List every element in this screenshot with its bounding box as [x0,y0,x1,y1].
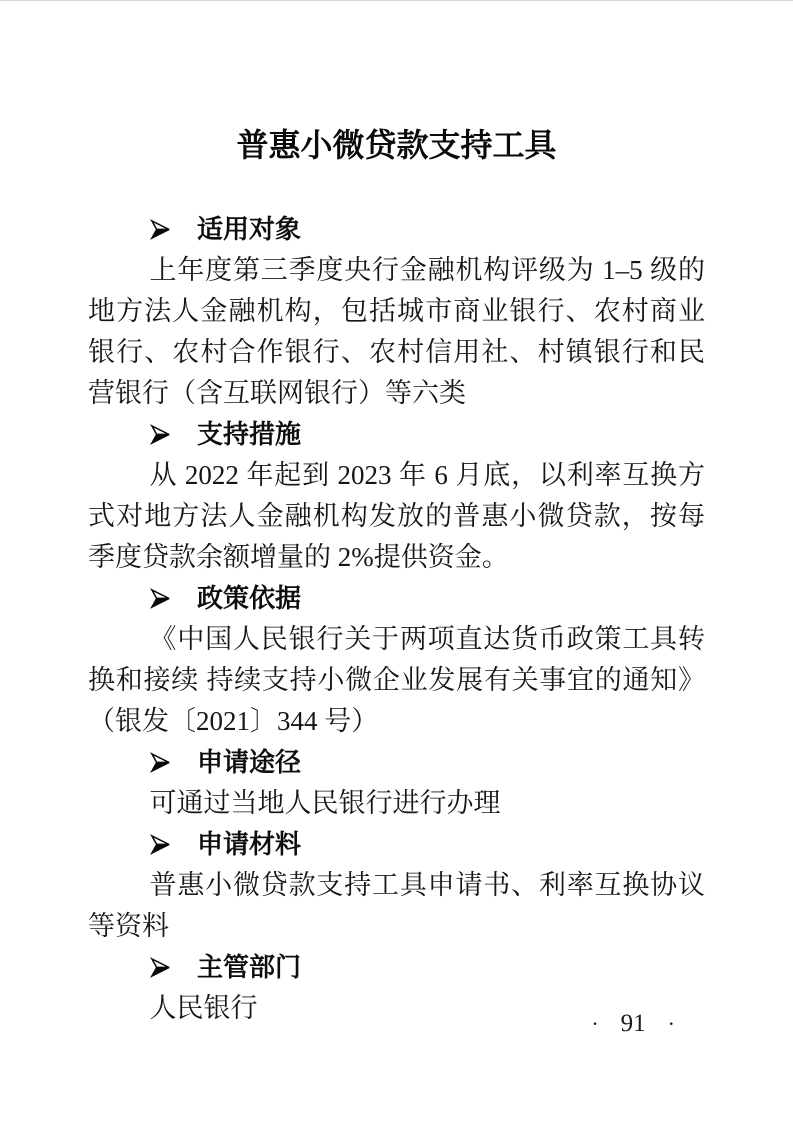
document-section: 申请途径 可通过当地人民银行进行办理 [88,742,705,824]
section-heading: 申请材料 [88,824,705,865]
section-paragraph: 《中国人民银行关于两项直达货币政策工具转换和接续 持续支持小微企业发展有关事宜的… [88,619,705,742]
document-page: 普惠小微贷款支持工具 适用对象 上年度第三季度央行金融机构评级为 1–5 级的地… [0,0,793,1122]
sections: 适用对象 上年度第三季度央行金融机构评级为 1–5 级的地方法人金融机构，包括城… [88,209,705,1029]
section-paragraph: 普惠小微贷款支持工具申请书、利率互换协议等资料 [88,865,705,947]
section-heading-label: 支持措施 [197,414,301,455]
section-heading-label: 适用对象 [197,209,301,250]
section-heading: 申请途径 [88,742,705,783]
page-number-dot-left: · [591,1011,598,1037]
arrow-bullet-icon [150,219,171,240]
section-heading: 支持措施 [88,414,705,455]
section-body: 从 2022 年起到 2023 年 6 月底，以利率互换方式对地方法人金融机构发… [88,455,705,578]
section-heading-label: 主管部门 [197,947,301,988]
section-body: 普惠小微贷款支持工具申请书、利率互换协议等资料 [88,865,705,947]
section-heading-label: 申请材料 [197,824,301,865]
page-number: · 91 · [591,1010,675,1038]
arrow-bullet-icon [150,588,171,609]
section-heading: 政策依据 [88,578,705,619]
section-paragraph: 从 2022 年起到 2023 年 6 月底，以利率互换方式对地方法人金融机构发… [88,455,705,578]
section-heading: 适用对象 [88,209,705,250]
document-section: 政策依据 《中国人民银行关于两项直达货币政策工具转换和接续 持续支持小微企业发展… [88,578,705,742]
section-body: 《中国人民银行关于两项直达货币政策工具转换和接续 持续支持小微企业发展有关事宜的… [88,619,705,742]
arrow-bullet-icon [150,834,171,855]
arrow-bullet-icon [150,957,171,978]
arrow-bullet-icon [150,424,171,445]
page-number-dot-right: · [668,1011,675,1037]
section-heading: 主管部门 [88,947,705,988]
document-section: 适用对象 上年度第三季度央行金融机构评级为 1–5 级的地方法人金融机构，包括城… [88,209,705,414]
page-number-value: 91 [621,1010,646,1038]
section-body: 可通过当地人民银行进行办理 [88,783,705,824]
section-heading-label: 申请途径 [197,742,301,783]
arrow-bullet-icon [150,752,171,773]
section-heading-label: 政策依据 [197,578,301,619]
section-paragraph: 可通过当地人民银行进行办理 [88,783,705,824]
section-body: 上年度第三季度央行金融机构评级为 1–5 级的地方法人金融机构，包括城市商业银行… [88,250,705,414]
page-title: 普惠小微贷款支持工具 [88,127,705,163]
section-paragraph: 上年度第三季度央行金融机构评级为 1–5 级的地方法人金融机构，包括城市商业银行… [88,250,705,414]
document-section: 申请材料 普惠小微贷款支持工具申请书、利率互换协议等资料 [88,824,705,947]
document-section: 支持措施 从 2022 年起到 2023 年 6 月底，以利率互换方式对地方法人… [88,414,705,578]
